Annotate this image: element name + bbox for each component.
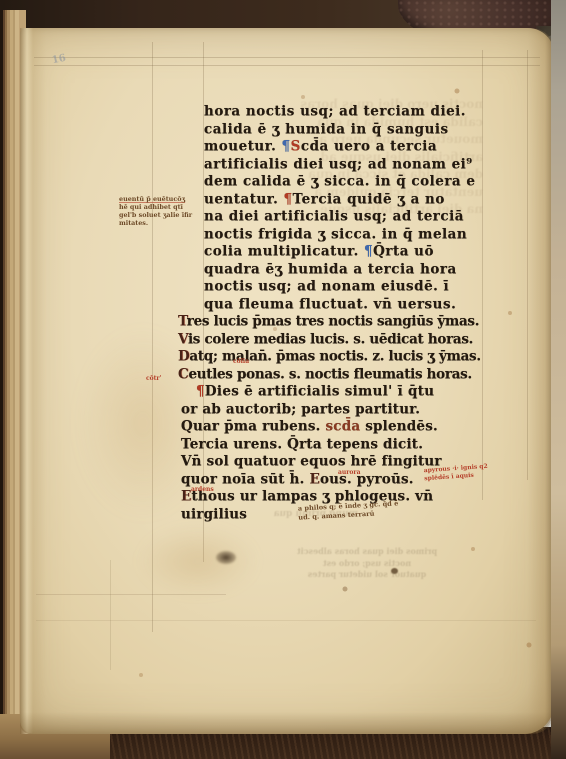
text-line: uirgilius xyxy=(181,506,247,523)
text-line: quor noīa sūt h̄. Eous. pyroūs. xyxy=(181,471,414,488)
interlinear-gloss: aurora xyxy=(338,469,360,476)
text-line: na diei artificialis usq; ad terciā xyxy=(204,208,464,225)
gloss-line: euentū p̄ euētucōʒ xyxy=(119,195,211,203)
text-segment: splendēs. xyxy=(360,418,438,435)
text-segment: D xyxy=(178,348,189,365)
text-segment: noctis frigida ʒ sicca. in q̄ melan xyxy=(204,226,467,243)
text-segment: calida ē ʒ humida in q̄ sanguis xyxy=(204,121,449,138)
text-segment: or ab auctorib; partes partitur. xyxy=(181,401,420,418)
paraph-mark: ¶ xyxy=(282,138,291,155)
text-line: hora noctis usq; ad terciam diei. xyxy=(204,103,466,120)
text-segment: qua fleuma fluctuat. vn̄ uersus. xyxy=(204,296,456,313)
text-segment: Quar p̄ma rubens. xyxy=(181,418,325,435)
text-line: uentatur. ¶Tercia quidē ʒ a no xyxy=(204,191,445,208)
text-line: or ab auctorib; partes partitur. xyxy=(181,401,420,418)
text-segment: hora noctis usq; ad terciam diei. xyxy=(204,103,466,120)
text-segment: artificialis diei usq; ad nonam ei⁹ xyxy=(204,156,473,173)
text-segment: C xyxy=(178,366,188,383)
text-line: colia multiplicatur. ¶Q̄rta uō xyxy=(204,243,434,260)
text-line: Tres lucis p̄mas tres noctis sangiūs ȳma… xyxy=(178,313,479,330)
text-segment: cd̄a uero a tercia xyxy=(301,138,437,155)
text-segment: colia multiplicatur. xyxy=(204,243,364,260)
text-segment: Tercia urens. Q̄rta tepens dicit. xyxy=(181,436,423,453)
gloss-line: hē qui adhibet qtī xyxy=(119,203,211,211)
margin-gloss-left: euentū p̄ euētucōʒ hē qui adhibet qtī ge… xyxy=(119,195,211,227)
main-text-block: hora noctis usq; ad terciam diei.calida … xyxy=(20,28,554,734)
text-segment: Q̄rta uō xyxy=(373,243,434,260)
text-line: Ceutles ponas. s. noctis fleumatis horas… xyxy=(178,366,472,383)
text-line: noctis usq; ad nonam eiusdē. ī xyxy=(204,278,449,295)
text-line: ¶Dies ē artificialis simul' ī q̄tu xyxy=(196,383,434,400)
text-segment: Tercia quidē ʒ a no xyxy=(293,191,445,208)
text-line: Tercia urens. Q̄rta tepens dicit. xyxy=(181,436,423,453)
text-segment: Dies ē artificialis simul' ī q̄tu xyxy=(205,383,435,400)
text-segment: is colere medias lucis. s. uēdicat horas… xyxy=(188,331,473,348)
interlinear-gloss: ardens xyxy=(191,486,214,493)
paraph-mark: S xyxy=(291,138,301,155)
text-line: artificialis diei usq; ad nonam ei⁹ xyxy=(204,156,473,173)
text-line: Quar p̄ma rubens. scd̄a splendēs. xyxy=(181,418,438,435)
text-segment: noctis usq; ad nonam eiusdē. ī xyxy=(204,278,449,295)
interlinear-gloss: cōlia xyxy=(233,358,249,365)
text-segment: res lucis p̄mas tres noctis sangiūs ȳmas… xyxy=(187,313,479,330)
gloss-line: gel'b soluet ʒalie īfir xyxy=(119,211,211,219)
text-segment: uentatur. xyxy=(204,191,284,208)
text-segment: na diei artificialis usq; ad terciā xyxy=(204,208,464,225)
text-line: calida ē ʒ humida in q̄ sanguis xyxy=(204,121,449,138)
paraph-mark: ¶ xyxy=(364,243,373,260)
manuscript-photo: 16 noctis uero diei quas horascalida est… xyxy=(0,0,566,759)
text-segment: uirgilius xyxy=(181,506,247,523)
text-segment: E xyxy=(181,488,192,505)
text-line: Vis colere medias lucis. s. uēdicat hora… xyxy=(178,331,473,348)
paraph-mark: ¶ xyxy=(196,383,205,400)
text-segment: dem calida ē ʒ sicca. in q̄ colera e xyxy=(204,173,475,190)
text-segment: V xyxy=(178,331,188,348)
text-segment: quor noīa sūt h̄. xyxy=(181,471,309,488)
text-line: dem calida ē ʒ sicca. in q̄ colera e xyxy=(204,173,475,190)
text-segment: Vn̄ sol quatuor equos hrē fingitur xyxy=(181,453,442,470)
fore-edge-right xyxy=(551,0,566,759)
text-line: mouetur. ¶Scd̄a uero a tercia xyxy=(204,138,437,155)
text-segment: mouetur. xyxy=(204,138,282,155)
text-segment: scd̄a xyxy=(325,418,360,435)
text-line: quadra ēʒ humida a tercia hora xyxy=(204,261,457,278)
text-segment: quadra ēʒ humida a tercia hora xyxy=(204,261,457,278)
text-segment: E xyxy=(309,471,320,488)
text-line: Vn̄ sol quatuor equos hrē fingitur xyxy=(181,453,442,470)
text-segment: ous. pyroūs. xyxy=(320,471,414,488)
text-segment: eutles ponas. s. noctis fleumatis horas. xyxy=(188,366,471,383)
text-line: noctis frigida ʒ sicca. in q̄ melan xyxy=(204,226,467,243)
margin-gloss: cōtr' xyxy=(146,375,161,382)
parchment-page: 16 noctis uero diei quas horascalida est… xyxy=(20,28,554,734)
gloss-line: mitates. xyxy=(119,219,211,227)
paraph-mark: ¶ xyxy=(284,191,293,208)
text-line: Datq; malan̄. p̄mas noctis. z. lucis ʒ ȳ… xyxy=(178,348,481,365)
text-line: qua fleuma fluctuat. vn̄ uersus. xyxy=(204,296,456,313)
text-segment: T xyxy=(178,313,187,330)
